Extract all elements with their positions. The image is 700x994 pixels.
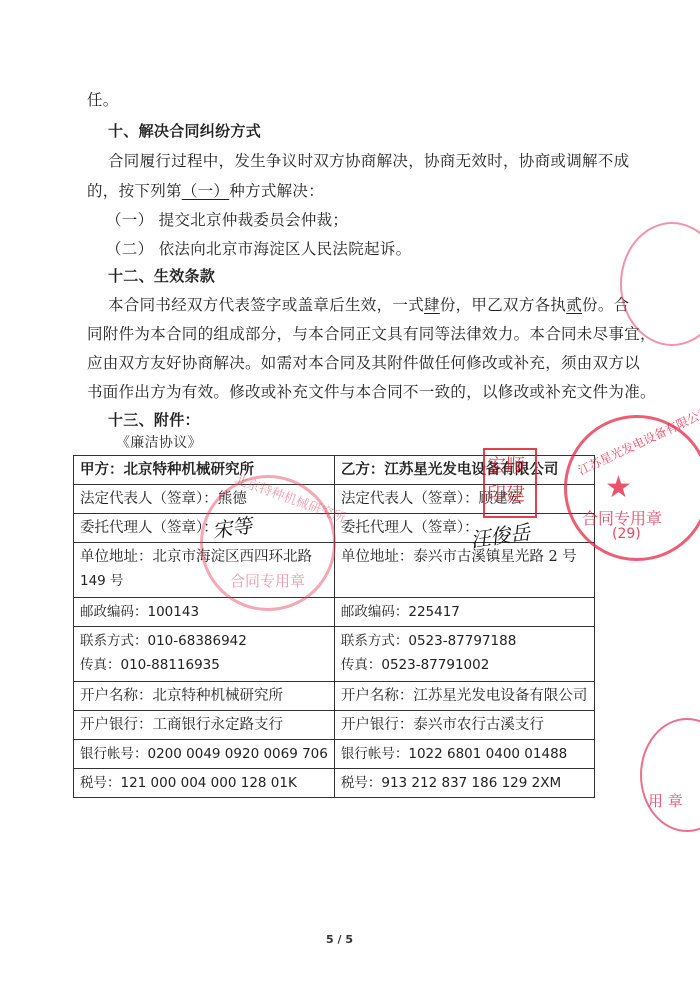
contract-page: 任。 十、解决合同纠纷方式 合同履行过程中，发生争议时双方协商解决，协商无效时，… [0, 0, 700, 994]
para-text: 的，按下列第 [87, 182, 182, 200]
section-12-line3: 应由双方友好协商解决。如需对本合同及其附件做任何修改或补充，须由双方以 [87, 353, 640, 373]
para-text: 份，甲乙双方各执 [440, 296, 566, 314]
section-10-title: 十、解决合同纠纷方式 [108, 121, 261, 141]
party-b-legal-rep: 法定代表人（签章）：顾建宏 [334, 485, 594, 514]
chosen-method: （一） [182, 182, 229, 200]
party-b-bank: 开户银行：泰兴市农行古溪支行 [334, 711, 594, 740]
partial-seal-bottom [640, 718, 700, 832]
section-12-line4: 书面作出方为有效。修改或补充文件与本合同不一致的，以修改或补充文件为准。 [87, 382, 656, 402]
partial-seal-bottom-text: 用 章 [648, 790, 683, 811]
party-a-seal-bottom: 合同专用章 [230, 570, 305, 591]
party-b-seal-number: (29) [612, 526, 641, 542]
party-b-tax-id: 税号：913 212 837 186 129 2XM [334, 769, 594, 798]
party-b-account-name: 开户名称：江苏星光发电设备有限公司 [334, 682, 594, 711]
party-a-account-name: 开户名称：北京特种机械研究所 [74, 682, 335, 711]
section-12-line2: 同附件为本合同的组成部分，与本合同正文具有同等法律效力。本合同未尽事宜， [87, 324, 656, 344]
table-row: 开户名称：北京特种机械研究所 开户名称：江苏星光发电设备有限公司 [74, 682, 595, 711]
party-a-account-number: 银行帐号：0200 0049 0920 0069 706 [74, 740, 335, 769]
table-row: 银行帐号：0200 0049 0920 0069 706 银行帐号：1022 6… [74, 740, 595, 769]
fax: 传真：0523-87791002 [341, 652, 588, 678]
party-b-contact: 联系方式：0523-87797188 传真：0523-87791002 [334, 627, 594, 682]
section-10-para-line2: 的，按下列第（一）种方式解决： [87, 181, 324, 201]
name-seal-text: 宏顺印建 [487, 452, 531, 508]
table-row: 联系方式：010-68386942 传真：010-88116935 联系方式：0… [74, 627, 595, 682]
party-b-address: 单位地址：泰兴市古溪镇星光路 2 号 [334, 543, 594, 598]
party-b-name: 乙方：江苏星光发电设备有限公司 [334, 456, 594, 485]
attachment-title: 《廉洁协议》 [116, 433, 202, 453]
party-b-account-number: 银行帐号：1022 6801 0400 01488 [334, 740, 594, 769]
section-13-title: 十三、附件： [108, 410, 200, 430]
party-b-agent: 委托代理人（签章）： [334, 514, 594, 543]
section-12-title: 十二、生效条款 [108, 266, 215, 286]
copies-each: 贰 [566, 296, 582, 314]
star-icon: ★ [605, 470, 632, 505]
phone: 联系方式：010-68386942 [80, 630, 328, 652]
party-a-contact: 联系方式：010-68386942 传真：010-88116935 [74, 627, 335, 682]
para-text: 本合同书经双方代表签字或盖章后生效，一式 [108, 296, 424, 314]
table-row: 开户银行：工商银行永定路支行 开户银行：泰兴市农行古溪支行 [74, 711, 595, 740]
phone: 联系方式：0523-87797188 [341, 630, 588, 652]
para-text: 种方式解决： [229, 182, 324, 200]
prev-line-end: 任。 [87, 90, 119, 110]
option-arbitration: （一） 提交北京仲裁委员会仲裁； [106, 210, 348, 230]
section-10-para-line1: 合同履行过程中，发生争议时双方协商解决，协商无效时，协商或调解不成 [108, 151, 629, 171]
table-row: 邮政编码：100143 邮政编码：225417 [74, 598, 595, 627]
fax: 传真：010-88116935 [80, 652, 328, 678]
copies-count: 肆 [424, 296, 440, 314]
table-row: 税号：121 000 004 000 128 01K 税号：913 212 83… [74, 769, 595, 798]
party-b-postcode: 邮政编码：225417 [334, 598, 594, 627]
page-number: 5 / 5 [326, 933, 353, 946]
option-court: （二） 依法向北京市海淀区人民法院起诉。 [106, 239, 411, 259]
party-a-bank: 开户银行：工商银行永定路支行 [74, 711, 335, 740]
party-a-tax-id: 税号：121 000 004 000 128 01K [74, 769, 335, 798]
section-12-line1: 本合同书经双方代表签字或盖章后生效，一式肆份，甲乙双方各执贰份。合 [108, 295, 629, 315]
